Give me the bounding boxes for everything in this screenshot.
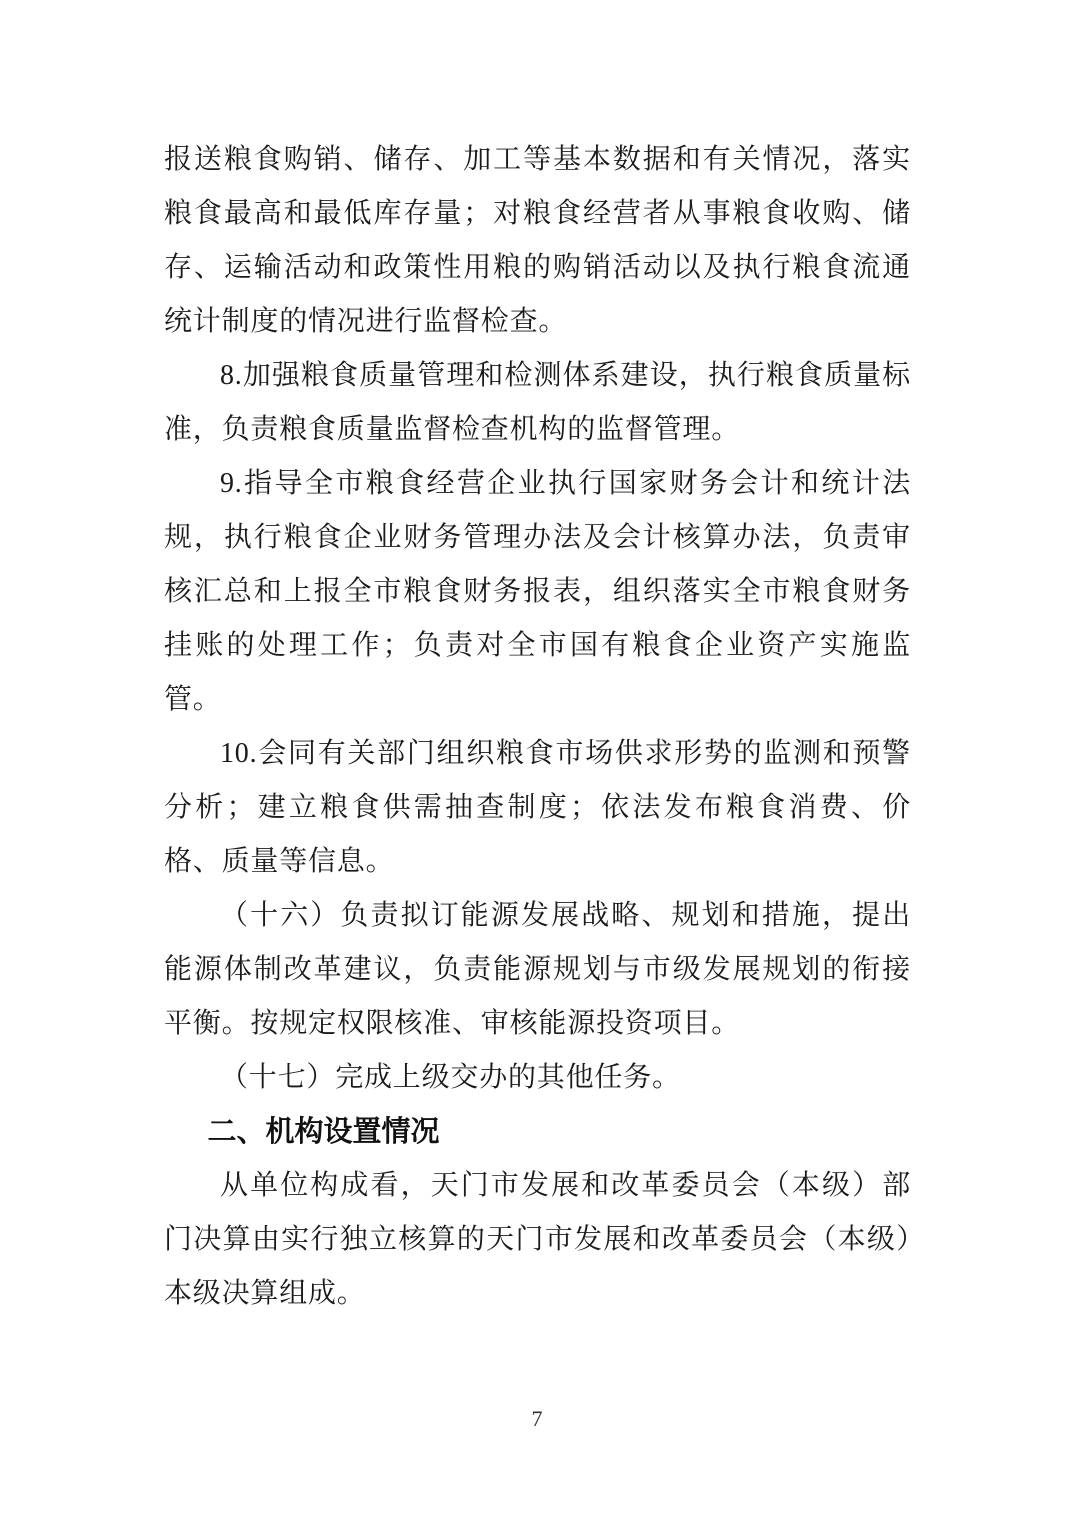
section-heading: 二、机构设置情况 — [164, 1105, 911, 1159]
paragraph-org-composition: 从单位构成看，天门市发展和改革委员会（本级）部门决算由实行独立核算的天门市发展和… — [164, 1159, 911, 1321]
paragraph-item-17: （十七）完成上级交办的其他任务。 — [164, 1051, 911, 1105]
paragraph-item-10: 10.会同有关部门组织粮食市场供求形势的监测和预警分析；建立粮食供需抽查制度；依… — [164, 727, 911, 889]
page-footer: 7 — [0, 1405, 1074, 1433]
paragraph-item-8: 8.加强粮食质量管理和检测体系建设，执行粮食质量标准，负责粮食质量监督检查机构的… — [164, 349, 911, 457]
page-number: 7 — [532, 1406, 543, 1431]
paragraph-item-16: （十六）负责拟订能源发展战略、规划和措施，提出能源体制改革建议，负责能源规划与市… — [164, 889, 911, 1051]
paragraph-continuation: 报送粮食购销、储存、加工等基本数据和有关情况，落实粮食最高和最低库存量；对粮食经… — [164, 133, 911, 349]
paragraph-item-9: 9.指导全市粮食经营企业执行国家财务会计和统计法规，执行粮食企业财务管理办法及会… — [164, 457, 911, 727]
document-body: 报送粮食购销、储存、加工等基本数据和有关情况，落实粮食最高和最低库存量；对粮食经… — [164, 133, 911, 1321]
document-page: 报送粮食购销、储存、加工等基本数据和有关情况，落实粮食最高和最低库存量；对粮食经… — [0, 0, 1074, 1520]
